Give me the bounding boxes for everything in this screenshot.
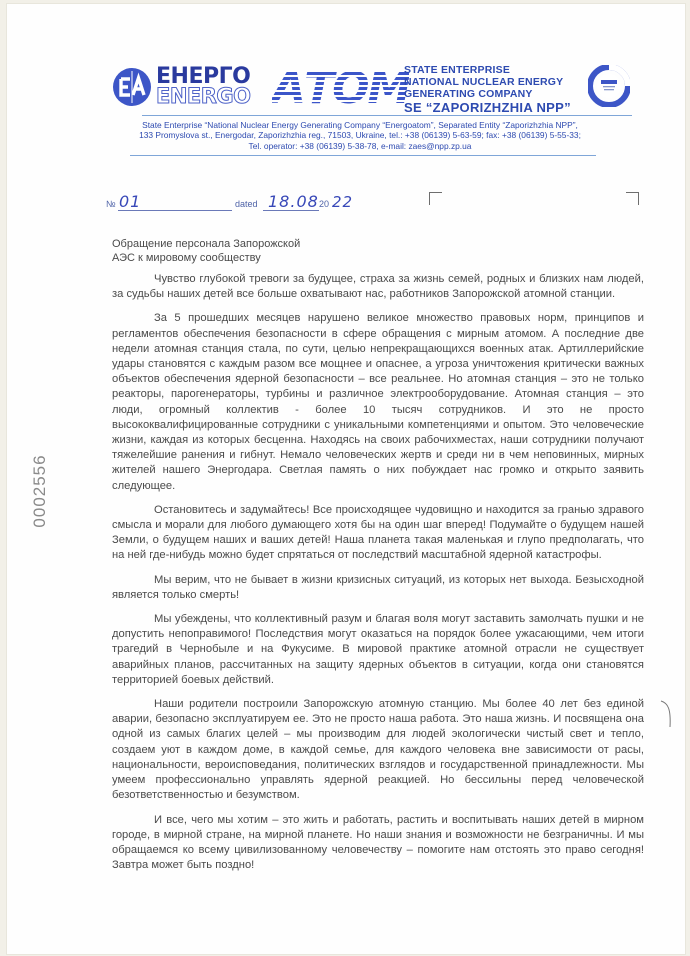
paragraph: Мы убеждены, что коллективный разум и бл… — [112, 612, 644, 688]
company-line: GENERATING COMPANY — [404, 88, 571, 100]
energoatom-emblem-icon — [112, 67, 152, 107]
paragraph: Наши родители построили Запорожскую атом… — [112, 697, 644, 803]
wordmark-latin: ENERGO — [156, 85, 251, 107]
address-line: Tel. operator: +38 (06139) 5-38-78, e-ma… — [132, 141, 588, 151]
date-underline — [263, 210, 319, 211]
paragraph: И все, чего мы хотим – это жить и работа… — [112, 813, 644, 874]
document-date: 18.08 — [268, 192, 319, 211]
company-name-block: STATE ENTERPRISE NATIONAL NUCLEAR ENERGY… — [404, 64, 571, 115]
dated-label: dated — [235, 199, 258, 209]
paragraph: Мы верим, что не бывает в жизни кризисны… — [112, 573, 644, 603]
address-corner-mark-right — [626, 192, 639, 205]
header-rule-top — [142, 115, 632, 116]
letter-body: Чувство глубокой тревоги за будущее, стр… — [112, 272, 644, 882]
address-line: 133 Promyslova st., Energodar, Zaporizhz… — [132, 130, 588, 140]
header-rule-bottom — [130, 155, 596, 156]
address-line: State Enterprise “National Nuclear Energ… — [132, 120, 588, 130]
letter-page: ЕНЕРГО ENERGO АТОМ STATE ENTERPRISE NATI… — [6, 3, 686, 955]
number-underline — [118, 210, 232, 211]
paragraph: За 5 прошедших месяцев нарушено великое … — [112, 311, 644, 493]
document-number: 01 — [119, 192, 141, 211]
address-corner-mark-left — [429, 192, 442, 205]
company-line-entity: SE “ZAPORIZHZHIA NPP” — [404, 100, 571, 115]
wordmark-atom: АТОМ — [272, 67, 409, 111]
year-suffix: 22 — [332, 193, 353, 211]
paragraph: Остановитесь и задумайтесь! Все происход… — [112, 503, 644, 564]
subject-line: Обращение персонала Запорожской — [112, 237, 300, 251]
company-address: State Enterprise “National Nuclear Energ… — [132, 120, 588, 151]
paragraph: Чувство глубокой тревоги за будущее, стр… — [112, 272, 644, 302]
subject-line: АЭС к мировому сообществу — [112, 251, 300, 265]
company-line: NATIONAL NUCLEAR ENERGY — [404, 76, 571, 88]
serial-number-stamp: 0002556 — [30, 454, 50, 527]
letter-subject: Обращение персонала Запорожской АЭС к ми… — [112, 237, 300, 265]
certification-seal-icon — [588, 65, 630, 107]
pen-mark-icon — [660, 699, 674, 729]
year-prefix: 20 — [319, 199, 329, 209]
company-line: STATE ENTERPRISE — [404, 64, 571, 76]
number-label: № — [106, 199, 116, 209]
